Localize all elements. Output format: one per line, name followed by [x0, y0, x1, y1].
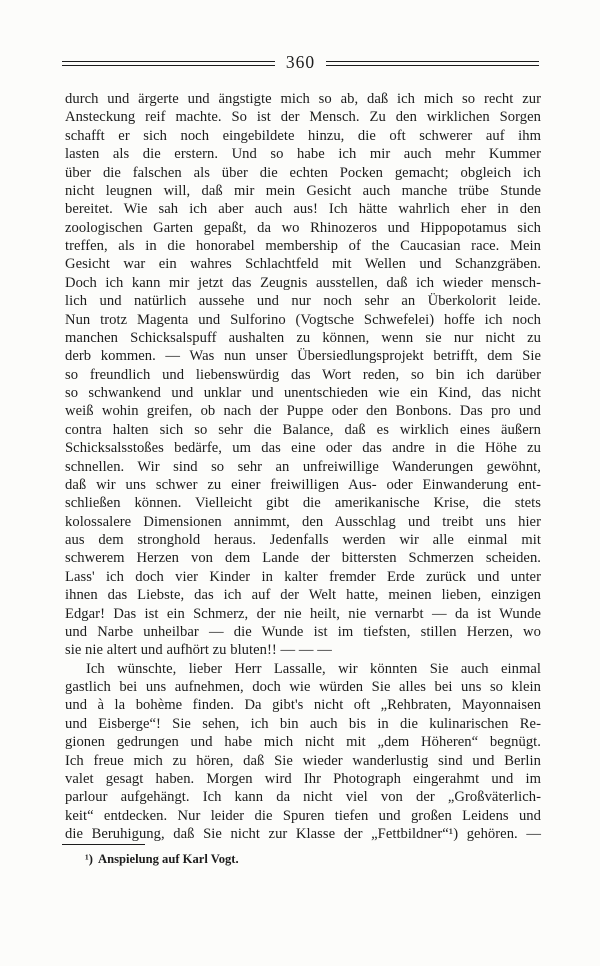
- footnote: ¹)Anspielung auf Karl Vogt.: [65, 851, 541, 868]
- text-line: schnellen. Wir sind so sehr an unfreiwil…: [65, 458, 541, 476]
- text-line: parlour aufgehängt. Ich kann da nicht vi…: [65, 788, 541, 806]
- text-line: schließen können. Vielleicht gibt die am…: [65, 494, 541, 512]
- footnote-text: Anspielung auf Karl Vogt.: [98, 852, 239, 866]
- text-line: kolossalere Dimensionen annimmt, den Aus…: [65, 513, 541, 531]
- book-page: { "header": { "page_number": "360" }, "c…: [0, 0, 600, 966]
- text-line: lasten als die erstern. Und so habe ich …: [65, 145, 541, 163]
- text-line: aus dem stronghold heraus. Jedenfalls we…: [65, 531, 541, 549]
- text-line: und à la bohème finden. Da gibt's nicht …: [65, 696, 541, 714]
- text-line: zoologischen Garten gepaßt, da wo Rhinoz…: [65, 219, 541, 237]
- text-line: Doch ich kann mir jetzt das Zeugnis auss…: [65, 274, 541, 292]
- text-line: so freundlich und liebenswürdig das Wort…: [65, 366, 541, 384]
- text-line: bereitet. Wie sah ich aber auch aus! Ich…: [65, 200, 541, 218]
- text-line: so schwankend und unklar und unentschied…: [65, 384, 541, 402]
- text-line: schwerem Herzen von dem Lande der bitter…: [65, 549, 541, 567]
- text-line: und Narbe unheilbar — die Wunde ist im t…: [65, 623, 541, 641]
- page-number: 360: [275, 54, 326, 72]
- text-line: Edgar! Das ist ein Schmerz, der nie heil…: [65, 605, 541, 623]
- text-line: Ansteckung reif machte. So ist der Mensc…: [65, 108, 541, 126]
- text-line: lich und natürlich aussehe und nur noch …: [65, 292, 541, 310]
- text-line: Schicksalsstoßes bedärfe, um das eine od…: [65, 439, 541, 457]
- text-line: treffen, als in die honorabel membership…: [65, 237, 541, 255]
- text-line: die Beruhigung, daß Sie nicht zur Klasse…: [65, 825, 541, 843]
- text-line: Ich wünschte, lieber Herr Lassalle, wir …: [65, 660, 541, 678]
- footnote-rule: [62, 844, 145, 845]
- text-line: contra halten sich so sehr die Balance, …: [65, 421, 541, 439]
- text-line: daß wir uns schwer zu einer freiwilligen…: [65, 476, 541, 494]
- text-line: ihnen das Liebste, das ich auf der Welt …: [65, 586, 541, 604]
- text-line: Ich freue mich zu hören, daß Sie wieder …: [65, 752, 541, 770]
- text-line: durch und ärgerte und ängstigte mich so …: [65, 90, 541, 108]
- text-line: sie nie altert und aufhört zu bluten!! —…: [65, 641, 541, 659]
- text-line: schafft er sich noch eingebildete hinzu,…: [65, 127, 541, 145]
- text-line: manchen Schicksalspuff aushalten zu könn…: [65, 329, 541, 347]
- text-line: Lass' ich doch vier Kinder in kalter fre…: [65, 568, 541, 586]
- text-line: weiß wohin greifen, ob nach der Puppe od…: [65, 402, 541, 420]
- header-rule-right: [326, 61, 539, 66]
- text-line: gionen gedrungen und habe mich nicht mit…: [65, 733, 541, 751]
- header-rule-left: [62, 61, 275, 66]
- text-line: keit“ entdecken. Nur leider die Spuren t…: [65, 807, 541, 825]
- letter-body: durch und ärgerte und ängstigte mich so …: [65, 90, 541, 843]
- text-line: gastlich bei uns aufnehmen, doch wie wür…: [65, 678, 541, 696]
- text-line: Nun trotz Magenta und Sulforino (Vogtsch…: [65, 311, 541, 329]
- text-line: derb kommen. — Was nun unser Übersiedlun…: [65, 347, 541, 365]
- footnote-marker: ¹): [65, 852, 98, 866]
- text-line: Gesicht war ein wahres Schlachtfeld mit …: [65, 255, 541, 273]
- text-line: nicht leugnen will, daß mir mein Gesicht…: [65, 182, 541, 200]
- text-line: valet gesagt haben. Morgen wird Ihr Phot…: [65, 770, 541, 788]
- text-line: und Eisberge“! Sie sehen, ich bin auch b…: [65, 715, 541, 733]
- text-line: über die falschen als über die echten Po…: [65, 164, 541, 182]
- page-header: 360: [62, 55, 539, 73]
